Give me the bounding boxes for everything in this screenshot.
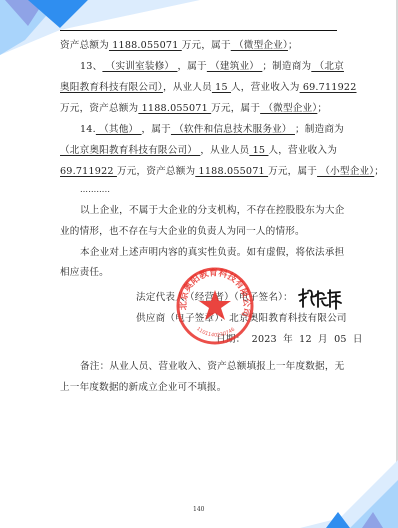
- note-line2: 上一年度数据的新成立企业可不填报。: [60, 382, 227, 394]
- handwritten-signature: [296, 287, 346, 311]
- page-number: 140: [193, 506, 204, 513]
- document-page: 资产总额为 1188.055071 万元，属于 （微型企业）； 13、 （实训室…: [0, 0, 398, 528]
- item-14-line1: 14. （其他） ，属于 （软件和信息技术服务业） ；制造商为: [80, 124, 344, 136]
- item-13-line3: 万元，资产总额为 1188.055071 万元，属于 （微型企业）；: [60, 103, 327, 115]
- statement-para2-line1: 本企业对上述声明内容的真实性负责。如有虚假，将依法承担: [80, 247, 344, 259]
- ellipsis-line: ………..: [80, 184, 110, 196]
- statement-para1-line2: 业的情形，也不存在与大企业的负责人为同一人的情形。: [60, 226, 305, 238]
- date-line: 日期： 2023 年 12 月 05 日: [216, 334, 363, 346]
- supplier-line: 供应商（电子签章）：北京奥阳教育科技有限公司: [136, 313, 347, 325]
- corner-decoration-bottom-right: [280, 460, 398, 528]
- item-14-line2: （北京奥阳教育科技有限公司） ，从业人员 15 人，营业收入为: [60, 145, 337, 157]
- statement-para1-line1: 以上企业，不属于大企业的分支机构，不存在控股股东为大企: [80, 205, 344, 217]
- header-rule: [60, 30, 337, 31]
- item-13-line2: 奥阳教育科技有限公司），从业人员 15 人，营业收入为 69.711922: [60, 82, 357, 94]
- item-13-line1: 13、 （实训室装修） ，属于 （建筑业） ；制造商为 （北京: [80, 61, 344, 73]
- legal-rep-line: 法定代表人（经营者）（电子签名）：: [136, 292, 293, 304]
- statement-para2-line2: 相应责任。: [60, 267, 109, 279]
- line-assets-12: 资产总额为 1188.055071 万元，属于 （微型企业）；: [60, 40, 298, 52]
- item-14-line3: 69.711922 万元，资产总额为 1188.055071 万元，属于 （小型…: [60, 166, 384, 178]
- note-line1: 备注：从业人员、营业收入、资产总额填报上一年度数据，无: [80, 361, 344, 373]
